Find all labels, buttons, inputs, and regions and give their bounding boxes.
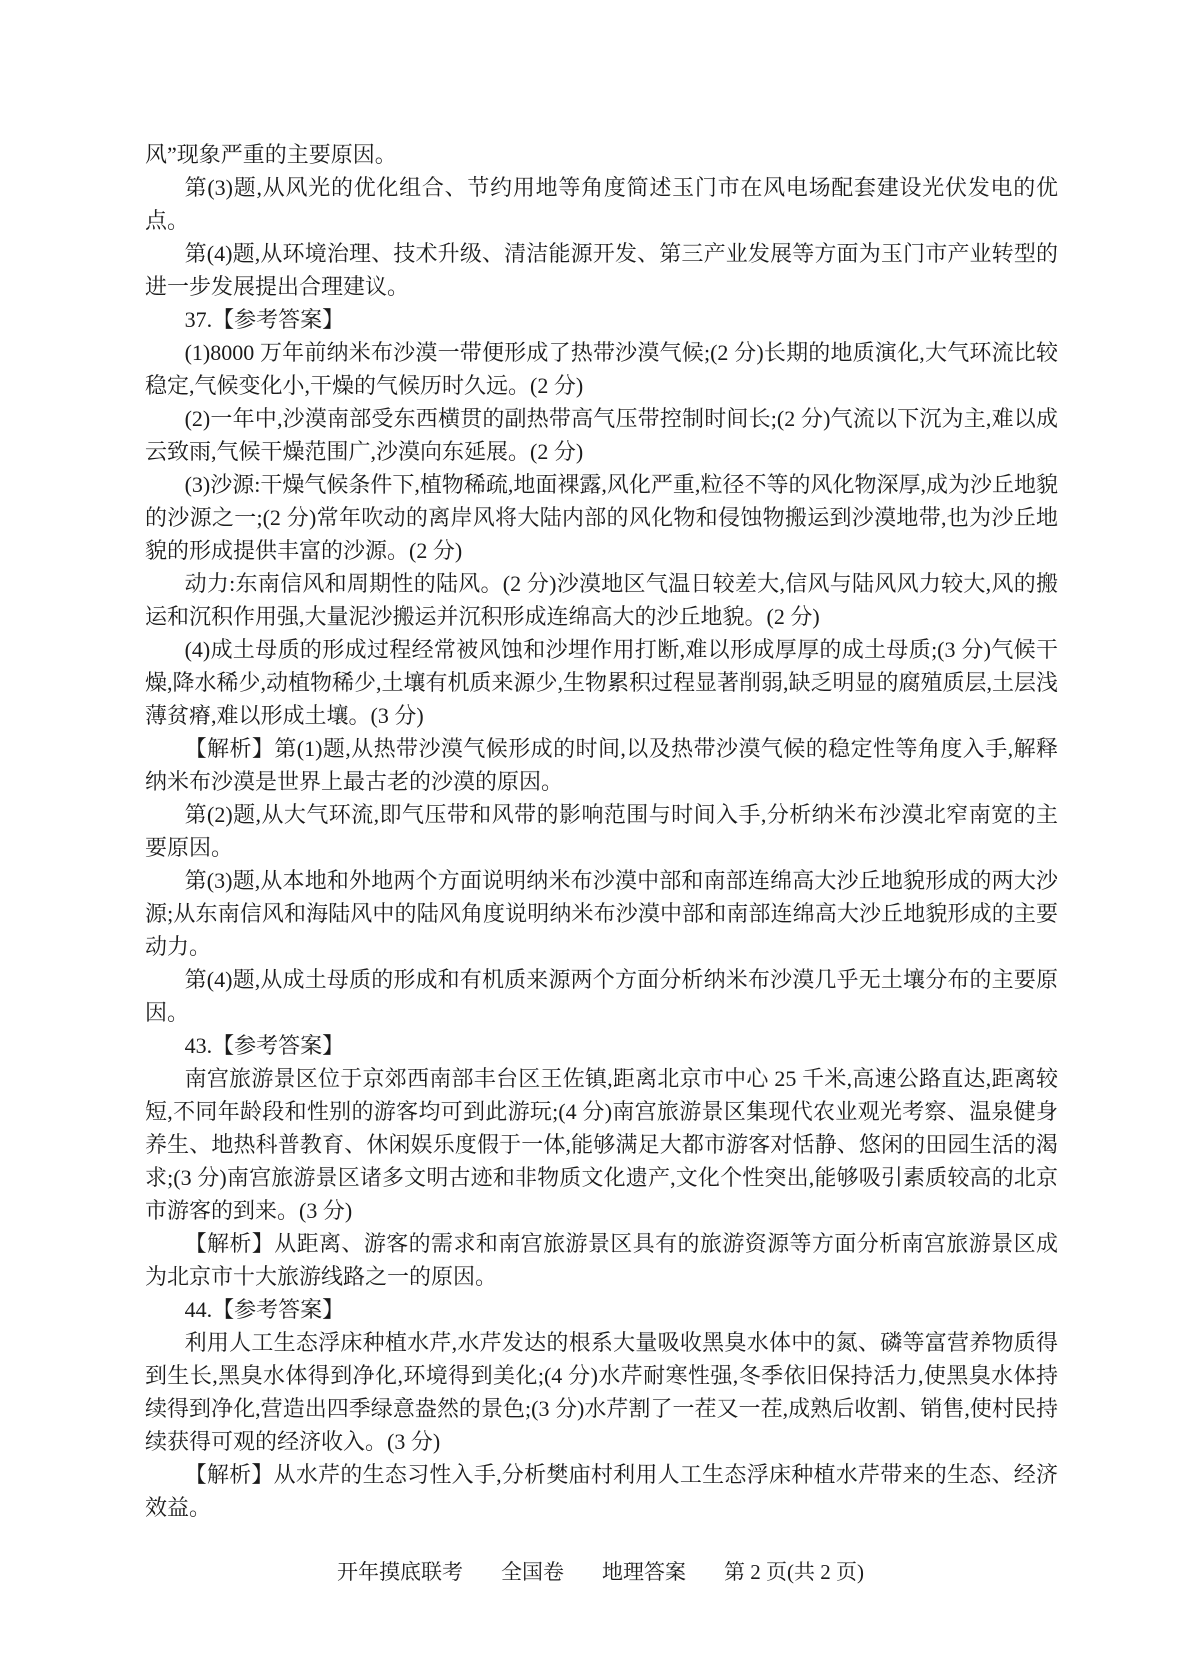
paragraph: 44.【参考答案】	[145, 1293, 1058, 1326]
footer-subject-name: 地理答案	[602, 1556, 686, 1586]
paragraph: 第(3)题,从本地和外地两个方面说明纳米布沙漠中部和南部连绵高大沙丘地貌形成的两…	[145, 864, 1058, 963]
footer-page-number: 第 2 页(共 2 页)	[724, 1556, 864, 1586]
paragraph: 【解析】从水芹的生态习性入手,分析樊庙村利用人工生态浮床种植水芹带来的生态、经济…	[145, 1458, 1058, 1524]
paragraph: (2)一年中,沙漠南部受东西横贯的副热带高气压带控制时间长;(2 分)气流以下沉…	[145, 402, 1058, 468]
paragraph: 43.【参考答案】	[145, 1029, 1058, 1062]
paragraph: (3)沙源:干燥气候条件下,植物稀疏,地面裸露,风化严重,粒径不等的风化物深厚,…	[145, 468, 1058, 567]
footer-paper-name: 全国卷	[501, 1556, 564, 1586]
paragraph: 第(4)题,从成土母质的形成和有机质来源两个方面分析纳米布沙漠几乎无土壤分布的主…	[145, 963, 1058, 1029]
page-footer: 开年摸底联考 全国卷 地理答案 第 2 页(共 2 页)	[337, 1556, 864, 1586]
paragraph: 第(4)题,从环境治理、技术升级、清洁能源开发、第三产业发展等方面为玉门市产业转…	[145, 237, 1058, 303]
paragraph: (1)8000 万年前纳米布沙漠一带便形成了热带沙漠气候;(2 分)长期的地质演…	[145, 336, 1058, 402]
paragraph: 【解析】从距离、游客的需求和南宫旅游景区具有的旅游资源等方面分析南宫旅游景区成为…	[145, 1227, 1058, 1293]
footer-exam-name: 开年摸底联考	[337, 1556, 463, 1586]
paragraph: 风”现象严重的主要原因。	[145, 138, 1058, 171]
exam-answer-page: 风”现象严重的主要原因。第(3)题,从风光的优化组合、节约用地等角度简述玉门市在…	[0, 0, 1200, 1672]
paragraph: 第(3)题,从风光的优化组合、节约用地等角度简述玉门市在风电场配套建设光伏发电的…	[145, 171, 1058, 237]
paragraph: 南宫旅游景区位于京郊西南部丰台区王佐镇,距离北京市中心 25 千米,高速公路直达…	[145, 1062, 1058, 1227]
paragraph: 第(2)题,从大气环流,即气压带和风带的影响范围与时间入手,分析纳米布沙漠北窄南…	[145, 798, 1058, 864]
paragraph: 利用人工生态浮床种植水芹,水芹发达的根系大量吸收黑臭水体中的氮、磷等富营养物质得…	[145, 1326, 1058, 1458]
paragraph: 动力:东南信风和周期性的陆风。(2 分)沙漠地区气温日较差大,信风与陆风风力较大…	[145, 567, 1058, 633]
answer-text-block: 风”现象严重的主要原因。第(3)题,从风光的优化组合、节约用地等角度简述玉门市在…	[145, 138, 1058, 1524]
paragraph: 【解析】第(1)题,从热带沙漠气候形成的时间,以及热带沙漠气候的稳定性等角度入手…	[145, 732, 1058, 798]
paragraph: 37.【参考答案】	[145, 303, 1058, 336]
paragraph: (4)成土母质的形成过程经常被风蚀和沙埋作用打断,难以形成厚厚的成土母质;(3 …	[145, 633, 1058, 732]
